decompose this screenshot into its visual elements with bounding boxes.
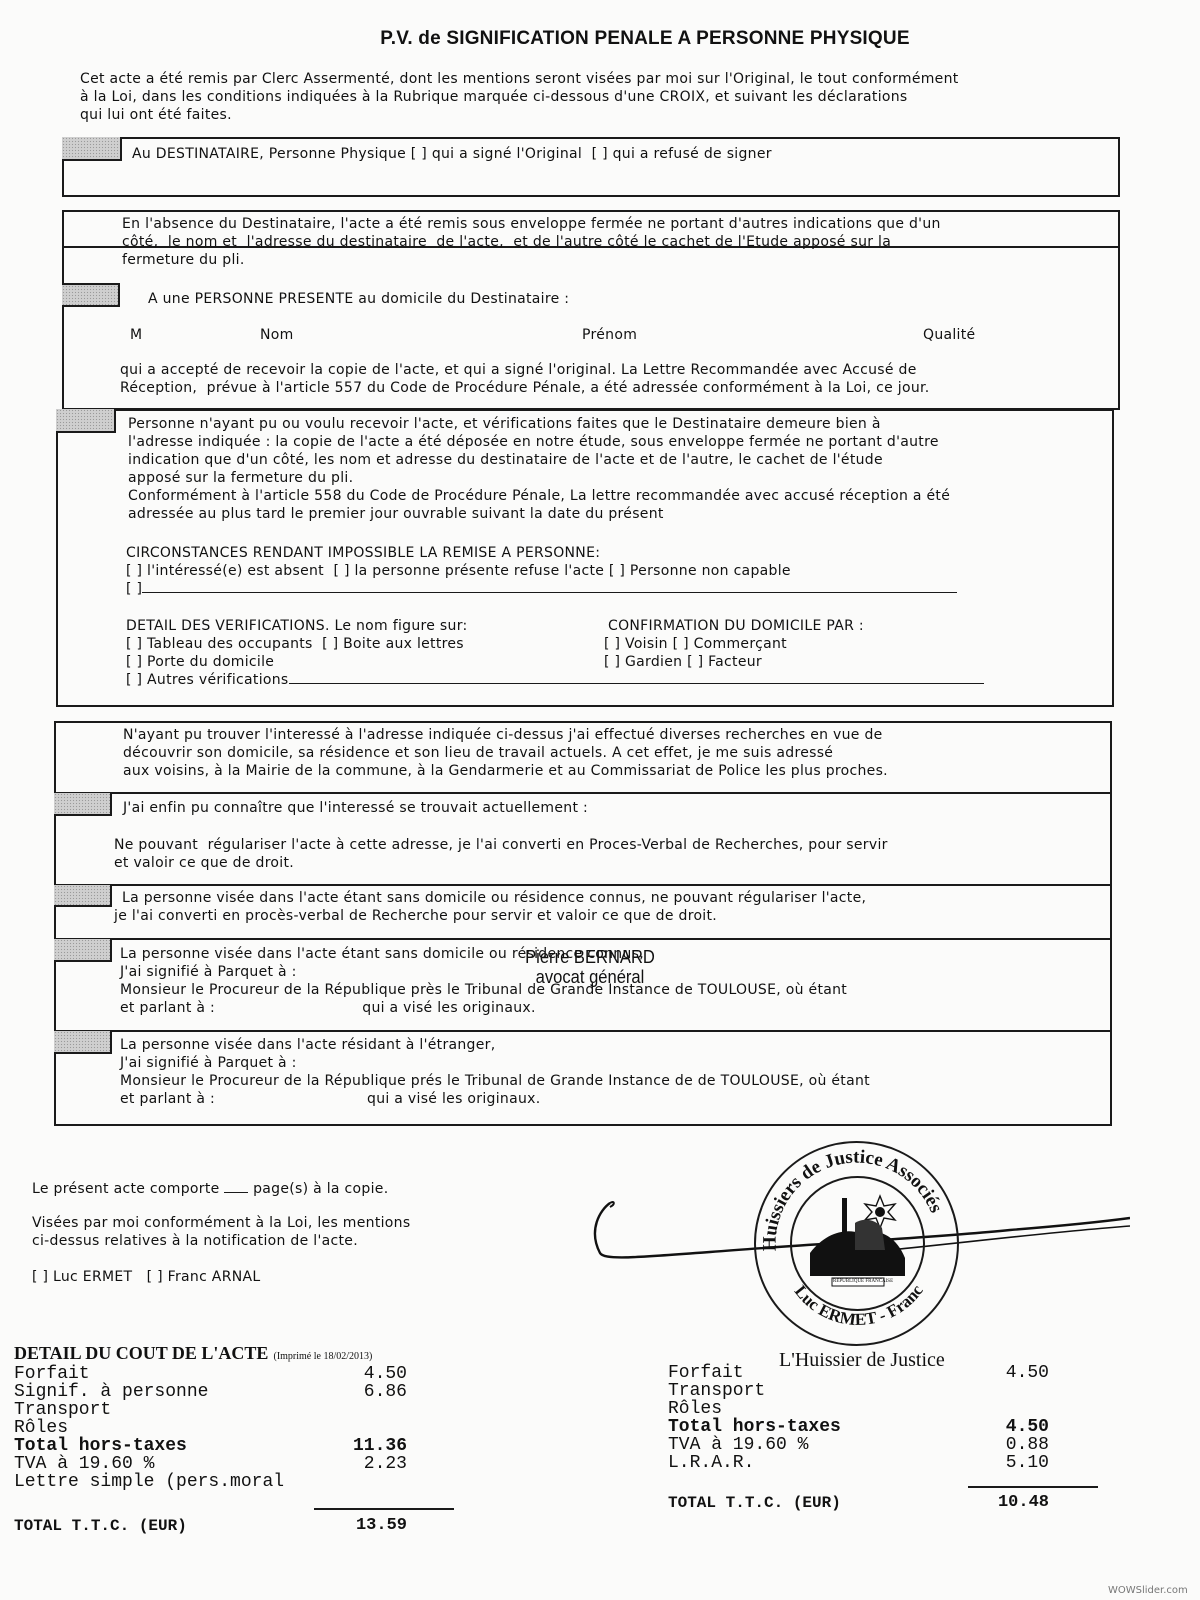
destinataire-label: Au DESTINATAIRE, Personne Physique [ ] q… — [132, 145, 772, 163]
cost-row: Rôles — [668, 1400, 1108, 1418]
cost-label: Total hors-taxes — [14, 1436, 187, 1456]
cost-value: 2.23 — [364, 1455, 407, 1473]
cost-left-header: DETAIL DU COUT DE L'ACTE (Imprimé le 18/… — [14, 1343, 454, 1365]
document-title: P.V. de SIGNIFICATION PENALE A PERSONNE … — [0, 28, 1200, 50]
connaitre-text: Ne pouvant régulariser l'acte à cette ad… — [114, 836, 888, 872]
cost-label: Forfait — [668, 1363, 744, 1383]
cost-label: Rôles — [668, 1399, 722, 1419]
confirmation-title: CONFIRMATION DU DOMICILE PAR : — [608, 617, 864, 635]
field-qualite[interactable]: Qualité — [923, 326, 975, 344]
checkbox-autres[interactable]: [ ] Autres vérifications — [126, 672, 289, 688]
text-line: adressée au plus tard le premier jour ou… — [128, 505, 950, 523]
cost-row: Total hors-taxes11.36 — [14, 1437, 454, 1455]
cost-label: Signif. à personne — [14, 1382, 208, 1402]
cost-left: DETAIL DU COUT DE L'ACTE (Imprimé le 18/… — [14, 1343, 454, 1491]
cost-right-total: TOTAL T.T.C. (EUR) 10.48 — [668, 1494, 1108, 1512]
circonstances-block: CIRCONSTANCES RENDANT IMPOSSIBLE LA REMI… — [126, 544, 957, 598]
printed-date: (Imprimé le 18/02/2013) — [273, 1351, 372, 1362]
text-line: l'adresse indiquée : la copie de l'acte … — [128, 433, 950, 451]
field-nom[interactable]: Nom — [260, 326, 294, 344]
cost-label: Transport — [14, 1400, 111, 1420]
checkbox-etranger[interactable] — [54, 1031, 112, 1054]
footer-notes: Le présent acte comporte page(s) à la co… — [32, 1180, 410, 1286]
intro-line: qui lui ont été faites. — [80, 106, 1120, 124]
cost-right: Forfait4.50TransportRôlesTotal hors-taxe… — [668, 1364, 1108, 1472]
autres-verifications[interactable]: [ ] Autres vérifications — [126, 671, 984, 689]
cost-value: 0.88 — [1006, 1436, 1049, 1454]
pages-line: Le présent acte comporte page(s) à la co… — [32, 1180, 410, 1198]
circonstances-options[interactable]: [ ] l'intéressé(e) est absent [ ] la per… — [126, 562, 957, 580]
total-label: TOTAL T.T.C. (EUR) — [668, 1494, 841, 1512]
personne-presente-text: qui a accepté de recevoir la copie de l'… — [120, 361, 930, 397]
cost-label: Lettre simple (pers.moral — [14, 1472, 284, 1492]
stamp-title: avocat général — [516, 967, 663, 987]
avocat-stamp: Pierre BERNARD avocat général — [516, 947, 663, 987]
cost-row: Transport — [668, 1382, 1108, 1400]
divider — [54, 884, 1110, 886]
cost-left-total: TOTAL T.T.C. (EUR) 13.59 — [14, 1517, 454, 1535]
text-line: Monsieur le Procureur de la République p… — [120, 981, 847, 999]
text-line: côté, le nom et l'adresse du destinatair… — [122, 233, 941, 251]
checkbox-destinataire[interactable] — [62, 137, 122, 161]
total-value: 10.48 — [998, 1494, 1049, 1512]
total-rule — [968, 1486, 1098, 1488]
confirmation-block: CONFIRMATION DU DOMICILE PAR : [ ] Voisi… — [604, 617, 864, 671]
visees-line: ci-dessus relatives à la notification de… — [32, 1232, 410, 1250]
field-prenom[interactable]: Prénom — [582, 326, 637, 344]
cost-label: TVA à 19.60 % — [14, 1454, 154, 1474]
cost-row: TVA à 19.60 %0.88 — [668, 1436, 1108, 1454]
text-line: Personne n'ayant pu ou voulu recevoir l'… — [128, 415, 950, 433]
personne-presente-label: A une PERSONNE PRESENTE au domicile du D… — [148, 290, 569, 308]
visees-line: Visées par moi conformément à la Loi, le… — [32, 1214, 410, 1232]
cost-value: 11.36 — [353, 1437, 407, 1455]
text-line: Conformément à l'article 558 du Code de … — [128, 487, 950, 505]
circonstances-title: CIRCONSTANCES RENDANT IMPOSSIBLE LA REMI… — [126, 544, 957, 562]
text-line: et valoir ce que de droit. — [114, 854, 888, 872]
pages-after: page(s) à la copie. — [253, 1181, 388, 1197]
divider — [54, 938, 1110, 940]
text-line: fermeture du pli. — [122, 251, 941, 269]
text-line: N'ayant pu trouver l'interessé à l'adres… — [123, 726, 888, 744]
confirmation-options[interactable]: [ ] Voisin [ ] Commerçant — [604, 635, 864, 653]
text-line: J'ai signifié à Parquet à : — [120, 1054, 870, 1072]
checkbox-personne-presente[interactable] — [62, 283, 120, 307]
etranger-text: La personne visée dans l'acte résidant à… — [120, 1036, 870, 1108]
cost-value: 4.50 — [1006, 1418, 1049, 1436]
cost-row: Rôles — [14, 1419, 454, 1437]
cost-row: L.R.A.R.5.10 — [668, 1454, 1108, 1472]
text-line: J'ai signifié à Parquet à : — [120, 963, 847, 981]
text-line: La personne visée dans l'acte étant sans… — [122, 889, 866, 907]
pages-input[interactable] — [224, 1180, 248, 1193]
divider — [54, 1030, 1110, 1032]
checkbox-depot-etude[interactable] — [56, 409, 116, 433]
text-line: et parlant à : qui a visé les originaux. — [120, 1090, 870, 1108]
text-line: Réception, prévue à l'article 557 du Cod… — [120, 379, 930, 397]
cost-value: 4.50 — [364, 1365, 407, 1383]
cost-label: Transport — [668, 1381, 765, 1401]
parquet-sans-domicile-text: La personne visée dans l'acte étant sans… — [120, 945, 847, 1017]
cost-right-rows: Forfait4.50TransportRôlesTotal hors-taxe… — [668, 1364, 1108, 1472]
stamp-name: Pierre BERNARD — [516, 947, 663, 967]
cost-label: TVA à 19.60 % — [668, 1435, 808, 1455]
total-value: 13.59 — [356, 1517, 407, 1535]
total-rule — [314, 1508, 454, 1510]
recherches-text: N'ayant pu trouver l'interessé à l'adres… — [123, 726, 888, 780]
cost-row: Forfait4.50 — [668, 1364, 1108, 1382]
absence-text: En l'absence du Destinataire, l'acte a é… — [122, 215, 941, 269]
cost-label: Total hors-taxes — [668, 1417, 841, 1437]
sans-domicile-text: La personne visée dans l'acte étant sans… — [114, 889, 866, 925]
text-line: apposé sur la fermeture du pli. — [128, 469, 950, 487]
cost-row: Signif. à personne6.86 — [14, 1383, 454, 1401]
circonstances-other[interactable]: [ ] — [126, 580, 957, 598]
text-line: Ne pouvant régulariser l'acte à cette ad… — [114, 836, 888, 854]
intro-line: Cet acte a été remis par Clerc Asserment… — [80, 70, 1120, 88]
checkbox-parquet-sans-domicile[interactable] — [54, 939, 112, 962]
checkbox-sans-domicile[interactable] — [54, 885, 112, 907]
text-line: et parlant à : qui a visé les originaux. — [120, 999, 847, 1017]
cost-row: Forfait4.50 — [14, 1365, 454, 1383]
confirmation-options[interactable]: [ ] Gardien [ ] Facteur — [604, 653, 864, 671]
cost-row: Transport — [14, 1401, 454, 1419]
cost-row: TVA à 19.60 %2.23 — [14, 1455, 454, 1473]
text-line: qui a accepté de recevoir la copie de l'… — [120, 361, 930, 379]
cost-value: 6.86 — [364, 1383, 407, 1401]
text-line: En l'absence du Destinataire, l'acte a é… — [122, 215, 941, 233]
cost-value: 5.10 — [1006, 1454, 1049, 1472]
svg-text:Huissiers de Justice Associés: Huissiers de Justice Associés — [760, 1147, 947, 1252]
intro-paragraph: Cet acte a été remis par Clerc Asserment… — [80, 70, 1120, 124]
text-line: La personne visée dans l'acte étant sans… — [120, 945, 847, 963]
cost-title: DETAIL DU COUT DE L'ACTE — [14, 1343, 268, 1363]
seal-text-ring: Huissiers de Justice Associés Luc ERMET … — [754, 1141, 959, 1346]
text-line: découvrir son domicile, sa résidence et … — [123, 744, 888, 762]
field-m[interactable]: M — [130, 326, 142, 344]
text-line: je l'ai converti en procès-verbal de Rec… — [114, 907, 866, 925]
divider — [54, 792, 1110, 794]
total-label: TOTAL T.T.C. (EUR) — [14, 1517, 187, 1535]
other-input-line[interactable] — [142, 580, 957, 593]
cost-label: L.R.A.R. — [668, 1453, 754, 1473]
signers-checkboxes[interactable]: [ ] Luc ERMET [ ] Franc ARNAL — [32, 1268, 410, 1286]
autres-input-line[interactable] — [289, 671, 984, 684]
checkbox-connaitre[interactable] — [54, 793, 112, 816]
cost-row: Total hors-taxes4.50 — [668, 1418, 1108, 1436]
depot-etude-text: Personne n'ayant pu ou voulu recevoir l'… — [128, 415, 950, 523]
connaitre-label: J'ai enfin pu connaître que l'interessé … — [123, 799, 588, 817]
intro-line: à la Loi, dans les conditions indiquées … — [80, 88, 1120, 106]
cost-value: 4.50 — [1006, 1364, 1049, 1382]
pages-before: Le présent acte comporte — [32, 1181, 220, 1197]
text-line: Monsieur le Procureur de la République p… — [120, 1072, 870, 1090]
text-line: La personne visée dans l'acte résidant à… — [120, 1036, 870, 1054]
cost-label: Forfait — [14, 1364, 90, 1384]
cost-label: Rôles — [14, 1418, 68, 1438]
checkbox-other[interactable]: [ ] — [126, 581, 142, 597]
cost-left-rows: Forfait4.50Signif. à personne6.86Transpo… — [14, 1365, 454, 1491]
watermark: WOWSlider.com — [1108, 1585, 1188, 1596]
text-line: aux voisins, à la Mairie de la commune, … — [123, 762, 888, 780]
cost-row: Lettre simple (pers.moral — [14, 1473, 454, 1491]
text-line: indication que d'un côté, les nom et adr… — [128, 451, 950, 469]
